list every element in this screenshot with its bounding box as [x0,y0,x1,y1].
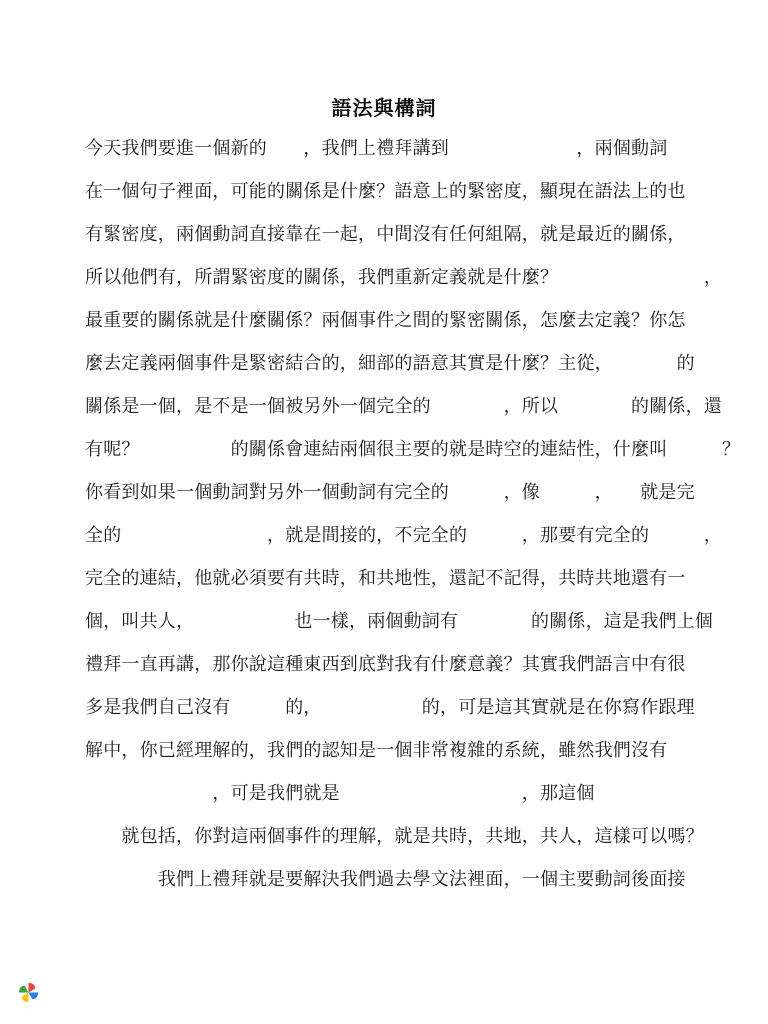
text-line: 多是我們自己沒有 的， 的，可是這其實就是在你寫作跟理 [85,686,703,729]
text-line: 就包括，你對這兩個事件的理解，就是共時，共地，共人，這樣可以嗎？ [85,815,703,858]
text-line: 全的 ，就是間接的，不完全的 ，那要有完全的 ， [85,514,703,557]
text-line: 有緊密度，兩個動詞直接靠在一起，中間沒有任何組隔，就是最近的關係， [85,213,703,256]
text-line: 你看到如果一個動詞對另外一個動詞有完全的 ，像 ， 就是完 [85,471,703,514]
text-line: 所以他們有，所謂緊密度的關係，我們重新定義就是什麼？ ， [85,256,703,299]
text-line: 解中，你已經理解的，我們的認知是一個非常複雜的系統，雖然我們沒有 [85,729,703,772]
text-line: 最重要的關係就是什麼關係？兩個事件之間的緊密關係，怎麼去定義？你怎 [85,299,703,342]
text-line: ，可是我們就是 ，那這個 [85,772,703,815]
document-page: 語法與構詞 今天我們要進一個新的 ，我們上禮拜講到 ，兩個動詞 在一個句子裡面，… [0,0,768,1024]
text-line: 關係是一個，是不是一個被另外一個完全的 ，所以 的關係，還 [85,385,703,428]
text-line: 麼去定義兩個事件是緊密結合的，細部的語意其實是什麼？主從， 的 [85,342,703,385]
text-line: 有呢？ 的關係會連結兩個很主要的就是時空的連結性，什麼叫 ？ [85,428,703,471]
pinwheel-logo-icon [17,981,40,1004]
text-line: 個，叫共人， 也一樣，兩個動詞有 的關係，這是我們上個 [85,600,703,643]
text-line: 在一個句子裡面，可能的關係是什麼？語意上的緊密度，顯現在語法上的也 [85,170,703,213]
page-title: 語法與構詞 [0,92,768,121]
text-line: 完全的連結，他就必須要有共時，和共地性，還記不記得，共時共地還有一 [85,557,703,600]
text-line: 禮拜一直再講，那你說這種東西到底對我有什麼意義？其實我們語言中有很 [85,643,703,686]
text-line: 我們上禮拜就是要解決我們過去學文法裡面，一個主要動詞後面接 [85,858,703,901]
body-text: 今天我們要進一個新的 ，我們上禮拜講到 ，兩個動詞 在一個句子裡面，可能的關係是… [85,127,703,901]
text-line: 今天我們要進一個新的 ，我們上禮拜講到 ，兩個動詞 [85,127,703,170]
